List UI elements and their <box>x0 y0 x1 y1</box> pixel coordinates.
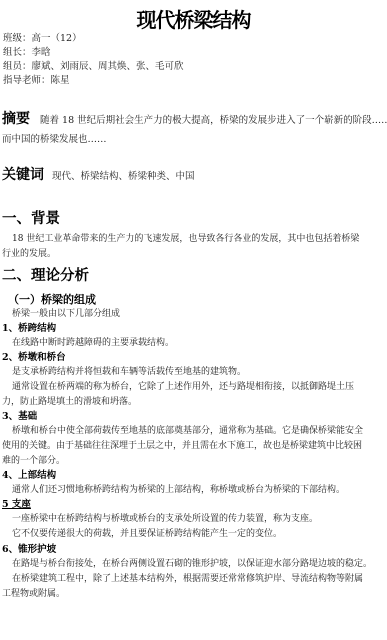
item-6-text-2: 在桥梁建筑工程中，除了上述基本结构外，根据需要还常常修筑护岸、导流结构物等附属 <box>12 571 363 584</box>
item-4-text-1: 通常人们还习惯地称桥跨结构为桥梁的上部结构，称桥墩或桥台为桥梁的下部结构。 <box>12 482 345 495</box>
item-3-text-3: 难的一个部分。 <box>2 453 65 466</box>
item-5-text-1: 一座桥梁中在桥跨结构与桥墩或桥台的支承处所设置的传力装置，称为支座。 <box>12 511 318 524</box>
advisor-info: 指导老师：陈星 <box>3 72 70 86</box>
item-3-text-2: 使用的关键。由于基础往往深埋于土层之中，并且需在水下施工，故也是桥梁建筑中比较困 <box>2 438 362 451</box>
abstract-text-2: 而中国的桥梁发展也…… <box>2 131 107 145</box>
item-6-text-3: 工程物或附属。 <box>2 586 65 599</box>
item-2-text-1: 是支承桥跨结构并将恒载和车辆等活载传至地基的建筑物。 <box>12 364 246 377</box>
item-1-text-1: 在线路中断时跨越障碍的主要承载结构。 <box>12 335 174 348</box>
composition-intro: 桥梁一般由以下几部分组成 <box>12 306 120 319</box>
abstract-label: 摘要 <box>2 111 30 127</box>
leader-info: 组长：李晗 <box>3 44 51 58</box>
section-background-heading: 一、背景 <box>2 207 60 228</box>
keywords-text: 现代、桥梁结构、桥梁种类、中国 <box>52 171 195 182</box>
document-title: 现代桥梁结构 <box>0 4 387 33</box>
item-2-heading: 2、桥墩和桥台 <box>2 349 66 363</box>
item-3-text-1: 桥墩和桥台中使全部荷载传至地基的底部奠基部分，通常称为基础。它是确保桥梁能安全 <box>12 423 363 436</box>
members-info: 组员：廖斌、刘雨辰、周其焕、张、毛可欣 <box>3 58 184 72</box>
subsection-composition-heading: （一）桥梁的组成 <box>8 291 96 307</box>
keywords-line: 关键词现代、桥梁结构、桥梁种类、中国 <box>2 164 195 184</box>
section-analysis-heading: 二、理论分析 <box>2 264 89 285</box>
abstract-line-1: 摘要随着 18 世纪后期社会生产力的极大提高，桥梁的发展步进入了一个崭新的阶段…… <box>2 108 387 128</box>
keywords-label: 关键词 <box>2 167 44 183</box>
item-6-text-1: 在路堤与桥台衔接处，在桥台两侧设置石砌的锥形护坡，以保证迎水部分路堤边坡的稳定。 <box>12 556 372 569</box>
item-6-heading: 6、锥形护坡 <box>2 541 56 555</box>
abstract-text-1: 随着 18 世纪后期社会生产力的极大提高，桥梁的发展步进入了一个崭新的阶段…… <box>40 115 387 126</box>
item-2-text-2: 通常设置在桥两端的称为桥台，它除了上述作用外，还与路堤相衔接，以抵御路堤土压 <box>12 379 354 392</box>
background-text-1: 18 世纪工业革命带来的生产力的飞速发展，也导致各行各业的发展，其中也包括着桥梁 <box>12 231 359 244</box>
item-2-text-3: 力，防止路堤填土的滑坡和坍落。 <box>2 394 137 407</box>
class-info: 班级：高一（12） <box>3 30 82 44</box>
item-3-heading: 3、基础 <box>2 408 37 422</box>
item-5-text-2: 它不仅要传递很大的荷载，并且要保证桥跨结构能产生一定的变位。 <box>12 526 282 539</box>
item-4-heading: 4、上部结构 <box>2 467 56 481</box>
item-5-heading: 5 支座 <box>2 496 31 510</box>
background-text-2: 行业的发展。 <box>2 246 56 259</box>
item-1-heading: 1、桥跨结构 <box>2 320 56 334</box>
